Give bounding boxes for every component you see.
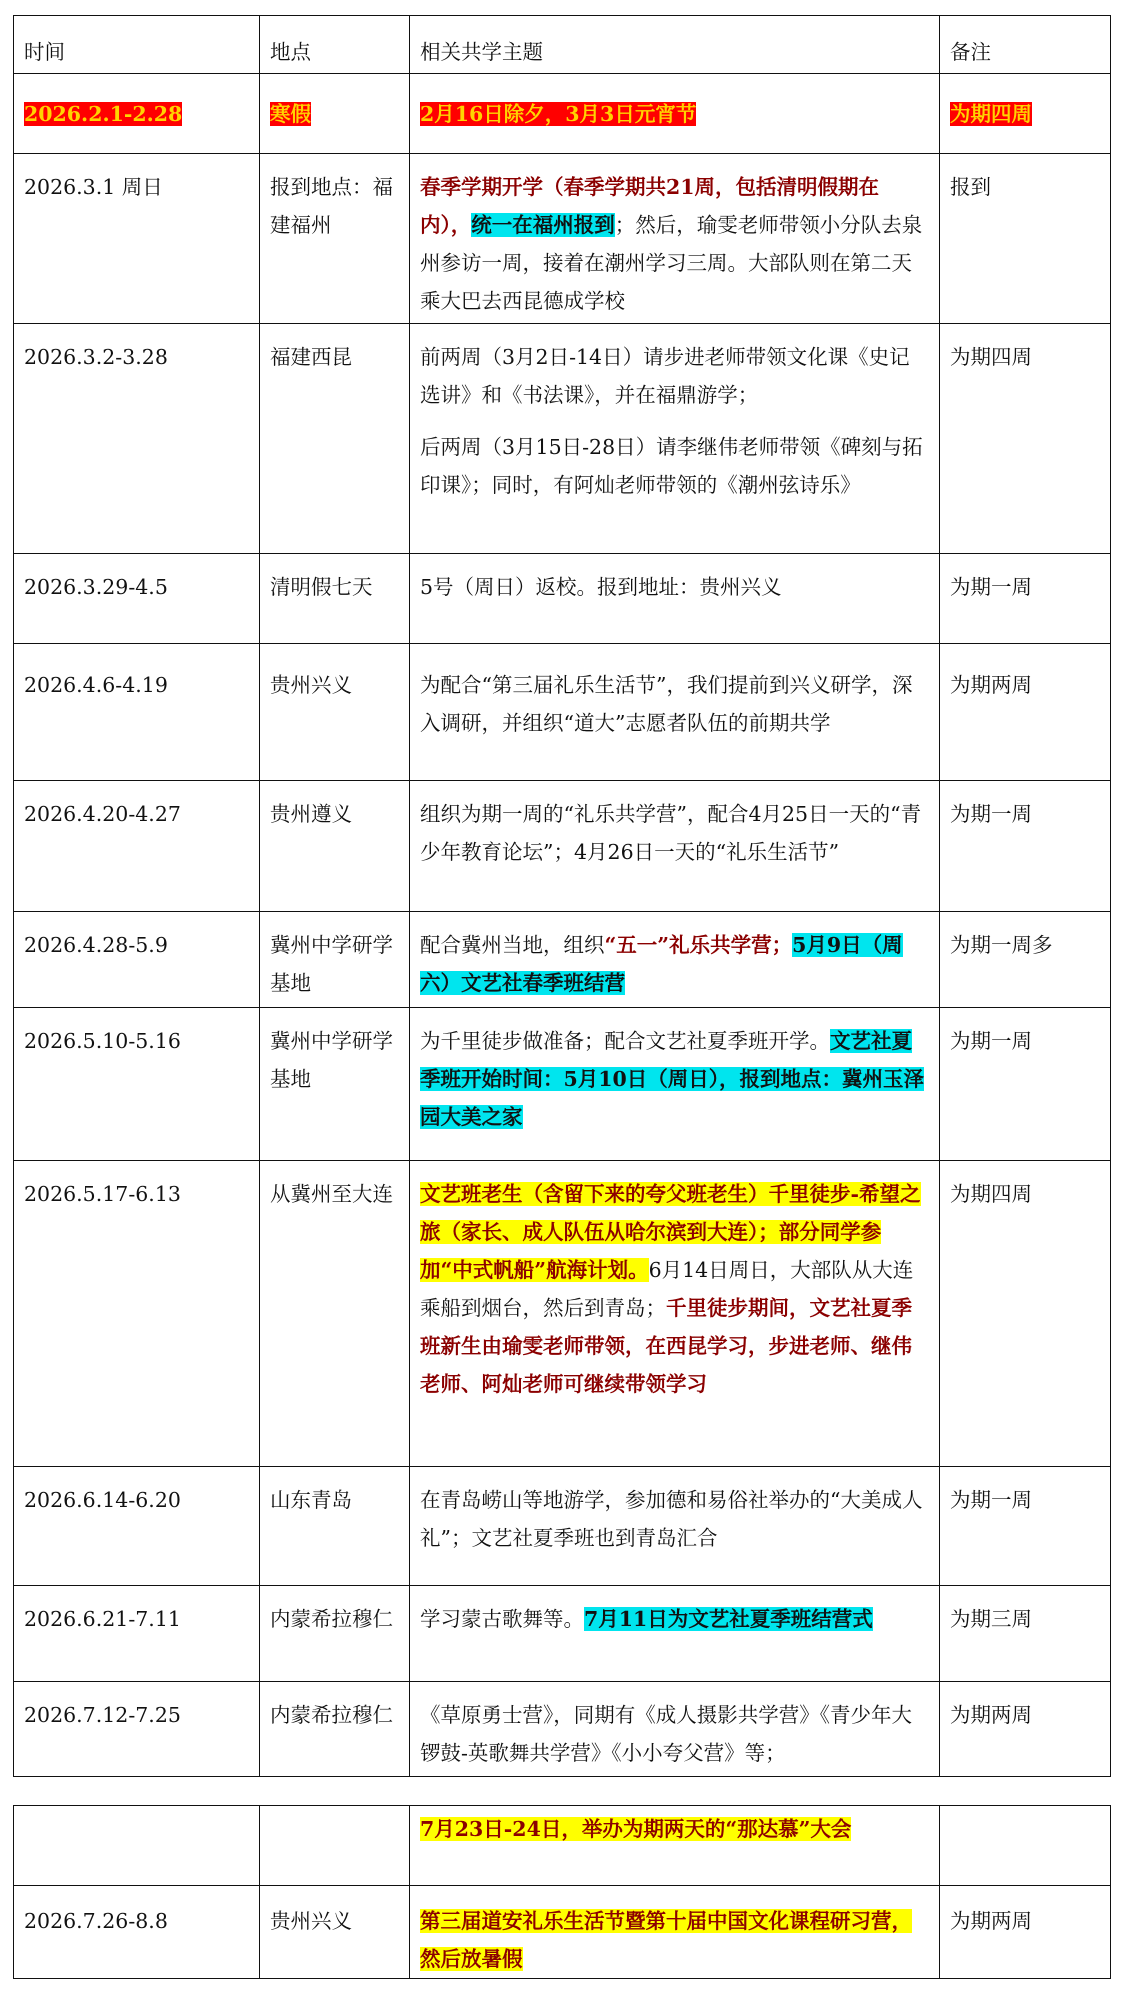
theme-text: 配合冀州当地，组织	[420, 933, 605, 957]
theme-highlight: 7月23日-24日，举办为期两天的“那达慕”大会	[420, 1817, 851, 1841]
time-cell: 2026.5.17-6.13	[14, 1161, 260, 1467]
theme-cell: 《草原勇士营》，同期有《成人摄影共学营》《青少年大锣鼓-英歌舞共学营》《小小夸父…	[410, 1682, 940, 1777]
table-row: 2026.4.20-4.27 贵州遵义 组织为期一周的“礼乐共学营”，配合4月2…	[14, 781, 1111, 912]
header-place: 地点	[260, 16, 410, 74]
place-cell: 内蒙希拉穆仁	[260, 1586, 410, 1682]
note-cell: 为期一周	[940, 1467, 1111, 1586]
theme-cell: 春季学期开学（春季学期共21周，包括清明假期在内），统一在福州报到；然后，瑜雯老…	[410, 154, 940, 324]
table-row: 2026.7.12-7.25 内蒙希拉穆仁 《草原勇士营》，同期有《成人摄影共学…	[14, 1682, 1111, 1777]
theme-cell: 第三届道安礼乐生活节暨第十届中国文化课程研习营，然后放暑假	[410, 1886, 940, 1979]
theme-text: 前两周（3月2日-14日）请步进老师带领文化课《史记选讲》和《书法课》，并在福鼎…	[420, 345, 910, 407]
theme-text: “五一”礼乐共学营；	[605, 933, 793, 957]
place-cell: 寒假	[270, 102, 311, 126]
time-cell: 2026.5.10-5.16	[14, 1008, 260, 1161]
theme-text: 为千里徒步做准备；配合文艺社夏季班开学。	[420, 1029, 830, 1053]
note-cell: 为期一周多	[940, 912, 1111, 1008]
theme-cell: 2月16日除夕，3月3日元宵节	[420, 102, 696, 126]
table-row: 2026.4.28-5.9 冀州中学研学基地 配合冀州当地，组织“五一”礼乐共学…	[14, 912, 1111, 1008]
schedule-table-continued: 7月23日-24日，举办为期两天的“那达慕”大会 2026.7.26-8.8 贵…	[13, 1805, 1111, 1979]
schedule-table: 时间 地点 相关共学主题 备注 2026.2.1-2.28 寒假 2月16日除夕…	[13, 15, 1111, 1777]
note-cell: 为期两周	[940, 644, 1111, 781]
theme-cell: 文艺班老生（含留下来的夸父班老生）千里徒步-希望之旅（家长、成人队伍从哈尔滨到大…	[410, 1161, 940, 1467]
time-cell: 2026.4.6-4.19	[14, 644, 260, 781]
place-cell: 清明假七天	[260, 554, 410, 644]
time-cell: 2026.2.1-2.28	[24, 102, 182, 126]
place-cell	[260, 1806, 410, 1886]
theme-cell: 配合冀州当地，组织“五一”礼乐共学营；5月9日（周六）文艺社春季班结营	[410, 912, 940, 1008]
place-cell: 贵州遵义	[260, 781, 410, 912]
header-time: 时间	[14, 16, 260, 74]
note-cell: 为期两周	[940, 1682, 1111, 1777]
theme-highlight: 第三届道安礼乐生活节暨第十届中国文化课程研习营，然后放暑假	[420, 1909, 912, 1971]
note-cell: 为期四周	[940, 324, 1111, 554]
table-row: 2026.6.14-6.20 山东青岛 在青岛崂山等地游学，参加德和易俗社举办的…	[14, 1467, 1111, 1586]
theme-text: 学习蒙古歌舞等。	[420, 1607, 584, 1631]
time-cell: 2026.6.21-7.11	[14, 1586, 260, 1682]
place-cell: 贵州兴义	[260, 1886, 410, 1979]
table-row: 2026.5.17-6.13 从冀州至大连 文艺班老生（含留下来的夸父班老生）千…	[14, 1161, 1111, 1467]
header-note: 备注	[940, 16, 1111, 74]
theme-cell: 组织为期一周的“礼乐共学营”，配合4月25日一天的“青少年教育论坛”；4月26日…	[410, 781, 940, 912]
note-cell: 为期一周	[940, 1008, 1111, 1161]
note-cell: 为期四周	[950, 102, 1032, 126]
note-cell: 报到	[940, 154, 1111, 324]
place-cell: 山东青岛	[260, 1467, 410, 1586]
table-row: 2026.4.6-4.19 贵州兴义 为配合“第三届礼乐生活节”，我们提前到兴义…	[14, 644, 1111, 781]
time-cell	[14, 1806, 260, 1886]
note-cell	[940, 1806, 1111, 1886]
theme-cell: 为千里徒步做准备；配合文艺社夏季班开学。文艺社夏季班开始时间：5月10日（周日）…	[410, 1008, 940, 1161]
note-cell: 为期三周	[940, 1586, 1111, 1682]
table-row: 2026.3.2-3.28 福建西昆 前两周（3月2日-14日）请步进老师带领文…	[14, 324, 1111, 554]
place-cell: 从冀州至大连	[260, 1161, 410, 1467]
table-row: 2026.3.29-4.5 清明假七天 5号（周日）返校。报到地址：贵州兴义 为…	[14, 554, 1111, 644]
table-header-row: 时间 地点 相关共学主题 备注	[14, 16, 1111, 74]
place-cell: 冀州中学研学基地	[260, 1008, 410, 1161]
theme-cell: 前两周（3月2日-14日）请步进老师带领文化课《史记选讲》和《书法课》，并在福鼎…	[410, 324, 940, 554]
time-cell: 2026.3.1 周日	[14, 154, 260, 324]
table-row: 2026.3.1 周日 报到地点：福建福州 春季学期开学（春季学期共21周，包括…	[14, 154, 1111, 324]
table-row: 7月23日-24日，举办为期两天的“那达慕”大会	[14, 1806, 1111, 1886]
time-cell: 2026.3.29-4.5	[14, 554, 260, 644]
table-row: 2026.5.10-5.16 冀州中学研学基地 为千里徒步做准备；配合文艺社夏季…	[14, 1008, 1111, 1161]
theme-cell: 学习蒙古歌舞等。7月11日为文艺社夏季班结营式	[410, 1586, 940, 1682]
theme-cell: 为配合“第三届礼乐生活节”，我们提前到兴义研学，深入调研，并组织“道大”志愿者队…	[410, 644, 940, 781]
note-cell: 为期四周	[940, 1161, 1111, 1467]
theme-cell: 在青岛崂山等地游学，参加德和易俗社举办的“大美成人礼”；文艺社夏季班也到青岛汇合	[410, 1467, 940, 1586]
place-cell: 报到地点：福建福州	[260, 154, 410, 324]
theme-highlight: 统一在福州报到	[471, 213, 615, 237]
table-row: 2026.6.21-7.11 内蒙希拉穆仁 学习蒙古歌舞等。7月11日为文艺社夏…	[14, 1586, 1111, 1682]
theme-cell: 7月23日-24日，举办为期两天的“那达慕”大会	[410, 1806, 940, 1886]
place-cell: 福建西昆	[260, 324, 410, 554]
place-cell: 贵州兴义	[260, 644, 410, 781]
note-cell: 为期两周	[940, 1886, 1111, 1979]
place-cell: 冀州中学研学基地	[260, 912, 410, 1008]
theme-highlight: 7月11日为文艺社夏季班结营式	[584, 1607, 873, 1631]
table-row: 2026.7.26-8.8 贵州兴义 第三届道安礼乐生活节暨第十届中国文化课程研…	[14, 1886, 1111, 1979]
header-theme: 相关共学主题	[410, 16, 940, 74]
theme-cell: 5号（周日）返校。报到地址：贵州兴义	[410, 554, 940, 644]
place-cell: 内蒙希拉穆仁	[260, 1682, 410, 1777]
note-cell: 为期一周	[940, 554, 1111, 644]
time-cell: 2026.7.12-7.25	[14, 1682, 260, 1777]
time-cell: 2026.7.26-8.8	[14, 1886, 260, 1979]
time-cell: 2026.6.14-6.20	[14, 1467, 260, 1586]
table-row: 2026.2.1-2.28 寒假 2月16日除夕，3月3日元宵节 为期四周	[14, 74, 1111, 154]
note-cell: 为期一周	[940, 781, 1111, 912]
time-cell: 2026.4.20-4.27	[14, 781, 260, 912]
time-cell: 2026.3.2-3.28	[14, 324, 260, 554]
time-cell: 2026.4.28-5.9	[14, 912, 260, 1008]
theme-text: 后两周（3月15日-28日）请李继伟老师带领《碑刻与拓印课》；同时，有阿灿老师带…	[420, 435, 923, 497]
